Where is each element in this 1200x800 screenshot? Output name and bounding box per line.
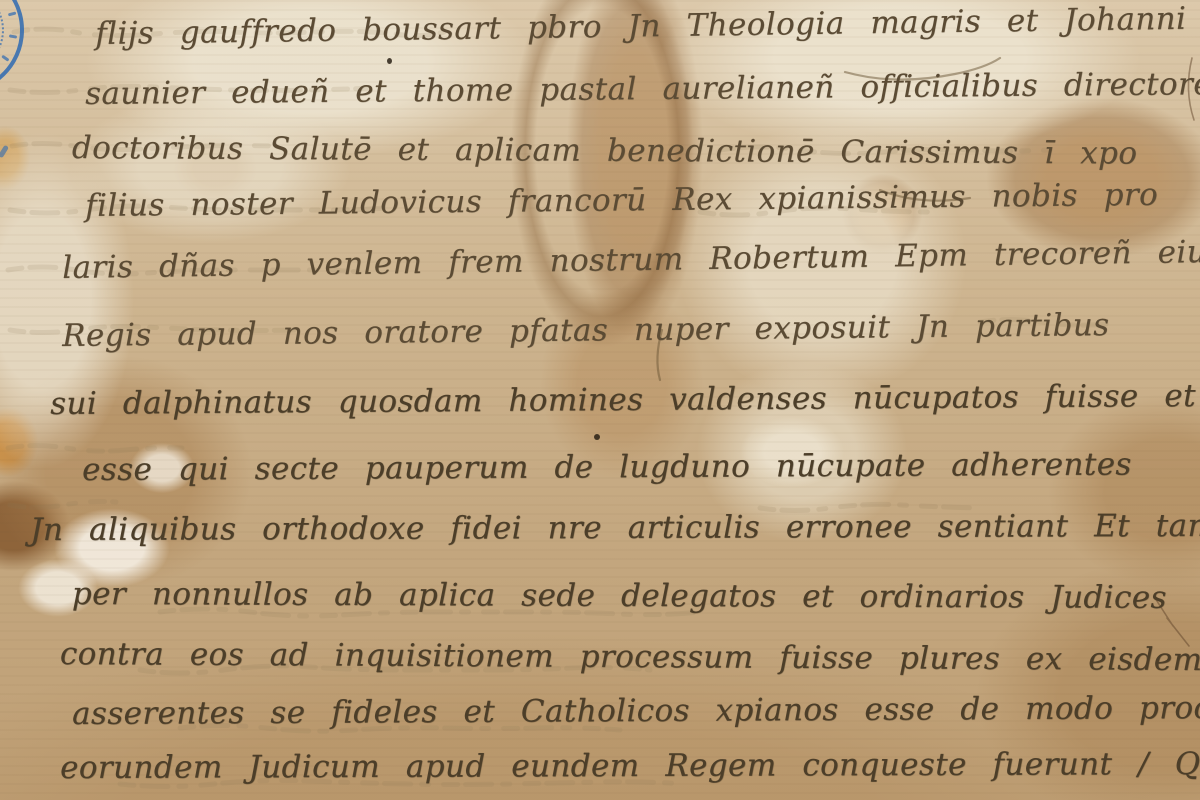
library-stamp-icon (0, 0, 38, 108)
stamp-ink-trace (0, 145, 9, 159)
ink-speck (387, 58, 392, 64)
manuscript-line: filius noster Ludovicus francorū Rex xpi… (85, 177, 1158, 224)
manuscript-line: doctoribus Salutē et aplicam benediction… (72, 130, 1138, 172)
manuscript-line: laris dñas p venlem frem nostrum Robertu… (62, 233, 1200, 286)
manuscript-line: sui dalphinatus quosdam homines valdense… (50, 378, 1196, 422)
manuscript-line: asserentes se fideles et Catholicos xpia… (72, 689, 1200, 732)
manuscript-line: contra eos ad inquisitionem processum fu… (60, 636, 1200, 679)
manuscript-line: eorundem Judicum apud eundem Regem conqu… (60, 746, 1200, 786)
manuscript-page: flijs gauffredo boussart pbro Jn Theolog… (0, 0, 1200, 800)
manuscript-line: Regis apud nos oratore pfatas nuper expo… (62, 307, 1110, 354)
manuscript-line: Jn aliquibus orthodoxe fidei nre articul… (30, 508, 1200, 548)
ink-speck (594, 434, 600, 440)
manuscript-line: esse qui secte pauperum de lugduno nūcup… (82, 447, 1132, 488)
manuscript-line: flijs gauffredo boussart pbro Jn Theolog… (95, 1, 1187, 52)
manuscript-line: per nonnullos ab aplica sede delegatos e… (72, 576, 1167, 616)
parchment-crack (1155, 58, 1194, 646)
manuscript-line: saunier edueñ et thome pastal aurelianeñ… (85, 66, 1200, 112)
stamp-outer-ring (0, 0, 38, 108)
